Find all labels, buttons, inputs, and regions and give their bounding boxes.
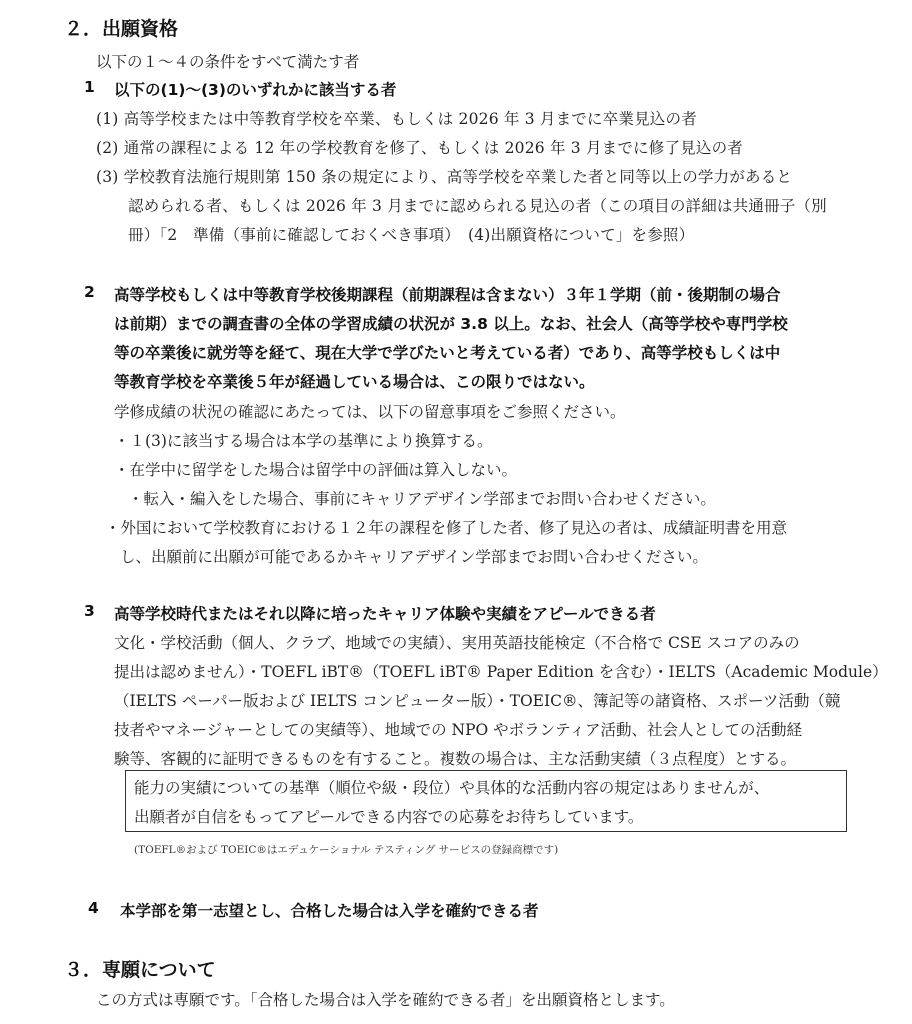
condition-2-number: 2 [84, 283, 95, 301]
condition-2-title-line-4: 等教育学校を卒業後５年が経過している場合は、この限りではない。 [114, 370, 595, 392]
condition-1-item-3-cont-2: 冊）「2 準備（事前に確認しておくべき事項） (4)出願資格について」を参照） [128, 223, 694, 245]
condition-3-body-line-2: 提出は認めません）・TOEFL iBT®（TOEFL iBT® Paper Ed… [114, 660, 888, 682]
condition-2-note: 学修成績の状況の確認にあたっては、以下の留意事項をご参照ください。 [114, 400, 626, 422]
condition-1-item-2: (2) 通常の課程による 12 年の学校教育を修了、もしくは 2026 年 3 … [96, 136, 743, 158]
condition-3-number: 3 [84, 602, 95, 620]
condition-4-number: 4 [88, 899, 99, 917]
condition-1-item-1: (1) 高等学校または中等教育学校を卒業、もしくは 2026 年 3 月までに卒… [96, 107, 697, 129]
condition-3-title: 高等学校時代またはそれ以降に培ったキャリア体験や実績をアピールできる者 [114, 602, 656, 624]
condition-2-bullet-3: ・転入・編入をした場合、事前にキャリアデザイン学部までお問い合わせください。 [128, 487, 716, 509]
condition-3-body-line-1: 文化・学校活動（個人、クラブ、地域での実績）、実用英語技能検定（不合格で CSE… [114, 631, 800, 653]
condition-2-title-line-1: 高等学校もしくは中等教育学校後期課程（前期課程は含まない）３年１学期（前・後期制… [114, 283, 781, 305]
condition-1-number: 1 [84, 78, 95, 96]
condition-2-bullet-2: ・在学中に留学をした場合は留学中の評価は算入しない。 [114, 458, 517, 480]
section-3-body: この方式は専願です。「合格した場合は入学を確約できる者」を出願資格とします。 [96, 988, 675, 1010]
condition-1-item-3: (3) 学校教育法施行規則第 150 条の規定により、高等学校を卒業した者と同等… [96, 165, 792, 187]
trademark-note: (TOEFL®および TOEIC®はエデュケーショナル テスティング サービスの… [134, 842, 558, 857]
condition-1-title: 以下の(1)～(3)のいずれかに該当する者 [114, 78, 396, 100]
condition-4-title: 本学部を第一志望とし、合格した場合は入学を確約できる者 [120, 899, 539, 921]
condition-3-body-line-4: 技者やマネージャーとしての実績等）、地域での NPO やボランティア活動、社会人… [114, 718, 802, 740]
condition-1-item-3-cont-1: 認められる者、もしくは 2026 年 3 月までに認められる見込の者（この項目の… [128, 194, 827, 216]
notice-box-line-2: 出願者が自信をもってアピールできる内容での応募をお待ちしています。 [134, 805, 643, 827]
condition-2-bullet-1: ・１(3)に該当する場合は本学の基準により換算する。 [114, 429, 492, 451]
condition-2-bullet-4: ・外国において学校教育における１２年の課程を修了した者、修了見込の者は、成績証明… [105, 516, 787, 538]
notice-box-line-1: 能力の実績についての基準（順位や級・段位）や具体的な活動内容の規定はありませんが… [134, 776, 769, 798]
section-2-heading: ２．出願資格 [64, 14, 178, 41]
condition-2-bullet-4-cont: し、出願前に出願が可能であるかキャリアデザイン学部までお問い合わせください。 [120, 545, 708, 567]
section-2-intro: 以下の１～４の条件をすべて満たす者 [96, 50, 359, 72]
condition-3-body-line-5: 験等、客観的に証明できるものを有すること。複数の場合は、主な活動実績（３点程度）… [114, 747, 796, 769]
section-3-heading: ３．専願について [64, 955, 216, 982]
condition-2-title-line-3: 等の卒業後に就労等を経て、現在大学で学びたいと考えている者）であり、高等学校もし… [114, 341, 780, 363]
condition-2-title-line-2: は前期）までの調査書の全体の学習成績の状況が 3.8 以上。なお、社会人（高等学… [114, 312, 788, 334]
condition-3-body-line-3: （IELTS ペーパー版および IELTS コンピューター版）・TOEIC®、簿… [114, 689, 840, 711]
